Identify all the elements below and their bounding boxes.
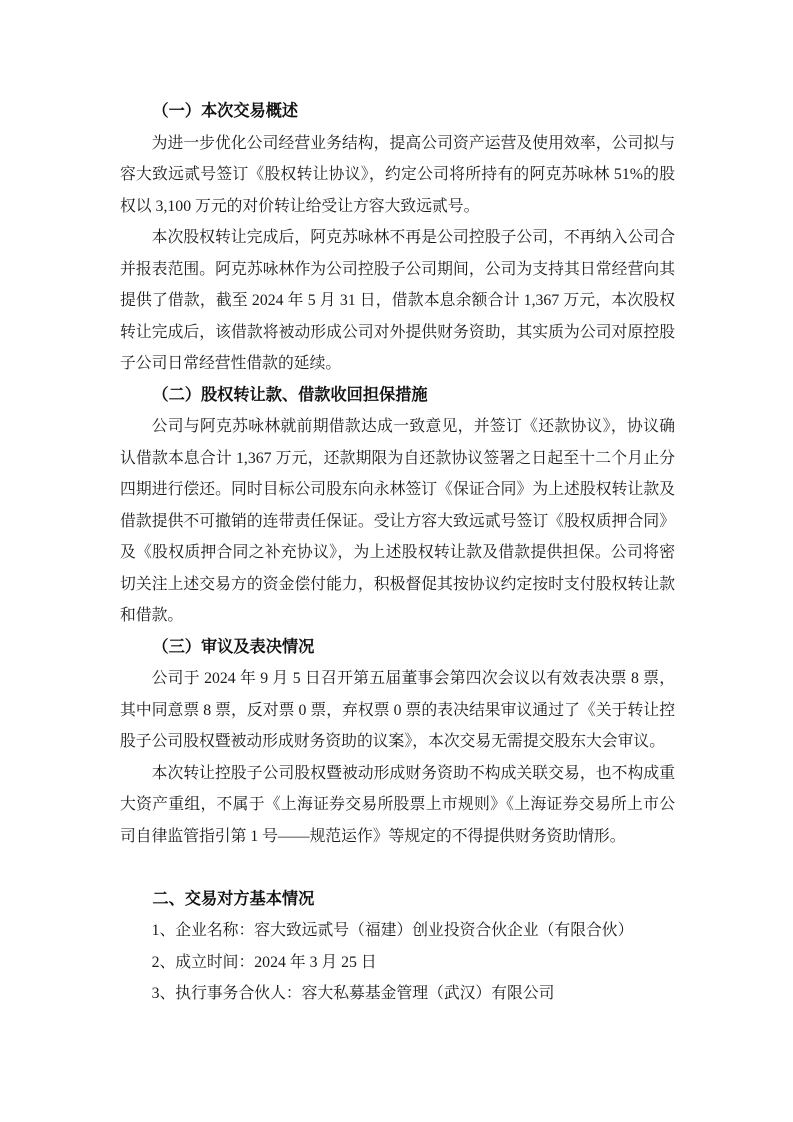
document-body: （一）本次交易概述 为进一步优化公司经营业务结构，提高公司资产运营及使用效率，公… (120, 96, 675, 1010)
paragraph-review-1: 公司于 2024 年 9 月 5 日召开第五届董事会第四次会议以有效表决票 8 … (120, 663, 675, 758)
paragraph-overview-1: 为进一步优化公司经营业务结构，提高公司资产运营及使用效率，公司拟与容大致远贰号签… (120, 128, 675, 223)
paragraph-guarantee-1: 公司与阿克苏咏林就前期借款达成一致意见，并签订《还款协议》，协议确认借款本息合计… (120, 411, 675, 632)
section-heading-counterparty-info: 二、交易对方基本情况 (120, 884, 675, 916)
counterparty-item-company-name: 1、企业名称：容大致远贰号（福建）创业投资合伙企业（有限合伙） (120, 915, 675, 947)
section-heading-transaction-overview: （一）本次交易概述 (120, 96, 675, 128)
counterparty-item-establishment-date: 2、成立时间：2024 年 3 月 25 日 (120, 947, 675, 979)
section-heading-guarantee-measures: （二）股权转让款、借款收回担保措施 (120, 380, 675, 412)
paragraph-review-2: 本次转让控股子公司股权暨被动形成财务资助不构成关联交易，也不构成重大资产重组，不… (120, 758, 675, 853)
document-page: （一）本次交易概述 为进一步优化公司经营业务结构，提高公司资产运营及使用效率，公… (0, 0, 793, 1122)
paragraph-overview-2: 本次股权转让完成后，阿克苏咏林不再是公司控股子公司，不再纳入公司合并报表范围。阿… (120, 222, 675, 380)
counterparty-item-managing-partner: 3、执行事务合伙人：容大私募基金管理（武汉）有限公司 (120, 978, 675, 1010)
section-heading-review-voting: （三）审议及表决情况 (120, 632, 675, 664)
